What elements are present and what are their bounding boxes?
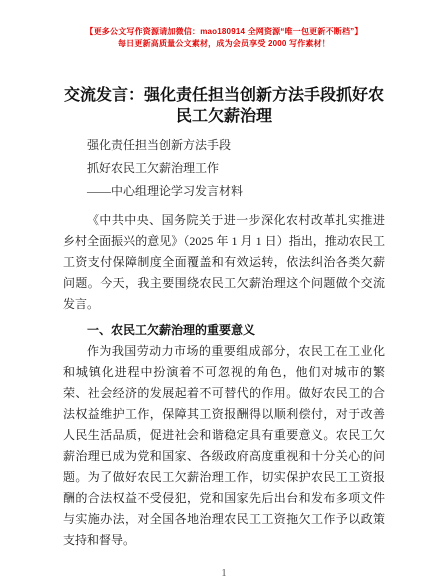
document-title: 交流发言：强化责任担当创新方法手段抓好农民工欠薪治理 xyxy=(59,85,389,127)
document-page: 【更多公文写作资源请加微信：mao180914 全网资源“唯一包更新不断档”】 … xyxy=(0,0,448,580)
intro-paragraph: 《中共中央、国务院关于进一步深化农村改革扎实推进乡村全面振兴的意见》（2025 … xyxy=(63,210,385,315)
subtitle-line-3: ——中心组理论学习发言材料 xyxy=(63,180,385,203)
section-heading-1: 一、农民工欠薪治理的重要意义 xyxy=(63,320,385,341)
section-paragraph-1: 作为我国劳动力市场的重要组成部分，农民工在工业化和城镇化进程中扮演着不可忽视的角… xyxy=(63,341,385,551)
promo-banner-line-2: 每日更新高质量公文素材，成为会员享受 2000 写作素材！ xyxy=(0,38,448,50)
page-number: 1 xyxy=(0,567,448,580)
promo-banner-line-1: 【更多公文写作资源请加微信：mao180914 全网资源“唯一包更新不断档”】 xyxy=(0,26,448,38)
document-body: 强化责任担当创新方法手段 抓好农民工欠薪治理工作 ——中心组理论学习发言材料 《… xyxy=(63,134,385,551)
subtitle-block: 强化责任担当创新方法手段 抓好农民工欠薪治理工作 ——中心组理论学习发言材料 xyxy=(63,134,385,203)
subtitle-line-1: 强化责任担当创新方法手段 xyxy=(63,134,385,157)
promo-banner: 【更多公文写作资源请加微信：mao180914 全网资源“唯一包更新不断档”】 … xyxy=(0,26,448,50)
subtitle-line-2: 抓好农民工欠薪治理工作 xyxy=(63,157,385,180)
